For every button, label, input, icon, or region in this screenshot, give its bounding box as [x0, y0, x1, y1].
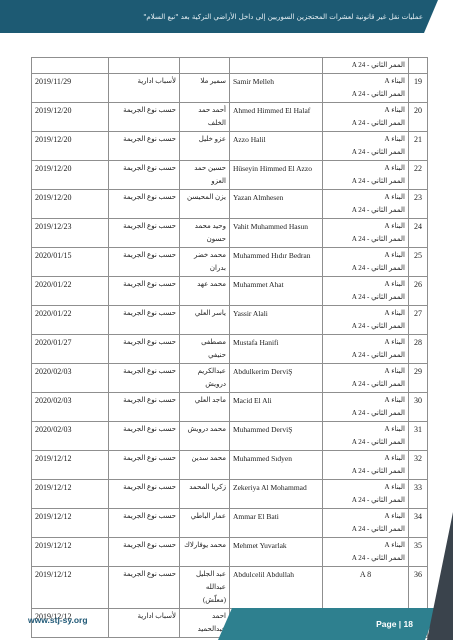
- date-cell: 2020/01/27: [32, 335, 109, 364]
- table-row: 25البناء Aالممر الثاني - A 24Muhammed Hı…: [32, 248, 428, 277]
- location-line: البناء A: [326, 220, 405, 233]
- location-line: الممر الثاني - A 24: [326, 436, 405, 449]
- location-line: البناء A: [326, 336, 405, 349]
- name-arabic-cell: وحيد محمد حسون: [180, 219, 230, 248]
- name-english-cell: Samir Melleh: [230, 74, 323, 103]
- location-line: الممر الثاني - A 24: [326, 262, 405, 275]
- name-arabic-cell: مصطفى حنيفي: [180, 335, 230, 364]
- location-line: البناء A: [326, 162, 405, 175]
- row-number-cell: 21: [409, 132, 428, 161]
- name-english-cell: [230, 58, 323, 74]
- name-english-cell: Ammar El Bati: [230, 509, 323, 538]
- location-line: الممر الثاني - A 24: [326, 233, 405, 246]
- row-number-cell: 20: [409, 103, 428, 132]
- location-line: الممر الثاني - A 24: [326, 552, 405, 565]
- table-row: 21البناء Aالممر الثاني - A 24Azzo Halilع…: [32, 132, 428, 161]
- name-english-cell: Yassir Alali: [230, 306, 323, 335]
- reason-cell: حسب نوع الجريمة: [109, 335, 180, 364]
- row-number-cell: 26: [409, 277, 428, 306]
- table-row: 28البناء Aالممر الثاني - A 24Mustafa Han…: [32, 335, 428, 364]
- location-line: الممر الثاني - A 24: [326, 465, 405, 478]
- location-line: الممر الثاني - A 24: [326, 494, 405, 507]
- report-title: عمليات نقل غير قانونية لعشرات المحتجزين …: [135, 13, 453, 21]
- location-line: الممر الثاني - A 24: [326, 88, 405, 101]
- reason-cell: حسب نوع الجريمة: [109, 509, 180, 538]
- row-number-cell: 31: [409, 422, 428, 451]
- name-arabic-cell: عبد الجليل عبدالله (معلّش): [180, 567, 230, 609]
- table-row: 22البناء Aالممر الثاني - A 24Hüseyin Him…: [32, 161, 428, 190]
- location-cell: البناء Aالممر الثاني - A 24: [323, 509, 409, 538]
- location-cell: البناء Aالممر الثاني - A 24: [323, 277, 409, 306]
- location-line: البناء A: [326, 75, 405, 88]
- name-english-cell: Mustafa Hanifi: [230, 335, 323, 364]
- reason-cell: حسب نوع الجريمة: [109, 190, 180, 219]
- table-row: 24البناء Aالممر الثاني - A 24Vahit Muham…: [32, 219, 428, 248]
- location-line: البناء A: [326, 510, 405, 523]
- name-arabic-cell: عبدالكريم درويش: [180, 364, 230, 393]
- table-row: 33البناء Aالممر الثاني - A 24Zekeriya Al…: [32, 480, 428, 509]
- name-arabic-cell: محمد درويش: [180, 422, 230, 451]
- date-cell: 2019/12/23: [32, 219, 109, 248]
- location-cell: البناء Aالممر الثاني - A 24: [323, 451, 409, 480]
- name-english-cell: Mehmet Yuvarlak: [230, 538, 323, 567]
- row-number-cell: 27: [409, 306, 428, 335]
- name-english-cell: Ahmed Himmed El Halaf: [230, 103, 323, 132]
- reason-cell: حسب نوع الجريمة: [109, 422, 180, 451]
- location-line: البناء A: [326, 104, 405, 117]
- location-line: A 8: [326, 568, 405, 581]
- location-line: البناء A: [326, 452, 405, 465]
- location-line: البناء A: [326, 394, 405, 407]
- row-number-cell: 30: [409, 393, 428, 422]
- name-english-cell: Abdulcelil Abdullah: [230, 567, 323, 609]
- location-line: البناء A: [326, 133, 405, 146]
- location-line: البناء A: [326, 539, 405, 552]
- location-line: الممر الثاني - A 24: [326, 349, 405, 362]
- location-line: الممر الثاني - A 24: [326, 59, 405, 72]
- reason-cell: حسب نوع الجريمة: [109, 248, 180, 277]
- table-row: 20البناء Aالممر الثاني - A 24Ahmed Himme…: [32, 103, 428, 132]
- name-arabic-cell: عزو خليل: [180, 132, 230, 161]
- row-number-cell: [409, 58, 428, 74]
- row-number-cell: 22: [409, 161, 428, 190]
- date-cell: 2020/02/03: [32, 422, 109, 451]
- table-row: 27البناء Aالممر الثاني - A 24Yassir Alal…: [32, 306, 428, 335]
- row-number-cell: 32: [409, 451, 428, 480]
- location-cell: البناء Aالممر الثاني - A 24: [323, 248, 409, 277]
- reason-cell: حسب نوع الجريمة: [109, 480, 180, 509]
- date-cell: 2020/01/22: [32, 277, 109, 306]
- location-line: الممر الثاني - A 24: [326, 175, 405, 188]
- name-arabic-cell: محمد عهد: [180, 277, 230, 306]
- name-arabic-cell: زكريا المحمد: [180, 480, 230, 509]
- name-english-cell: Muhammed Sıdyen: [230, 451, 323, 480]
- table-row: 30البناء Aالممر الثاني - A 24Macid El Al…: [32, 393, 428, 422]
- date-cell: 2020/02/03: [32, 364, 109, 393]
- location-cell: البناء Aالممر الثاني - A 24: [323, 103, 409, 132]
- table-row: 34البناء Aالممر الثاني - A 24Ammar El Ba…: [32, 509, 428, 538]
- name-arabic-cell: [180, 58, 230, 74]
- location-cell: البناء Aالممر الثاني - A 24: [323, 480, 409, 509]
- date-cell: 2019/12/12: [32, 538, 109, 567]
- table-row: 26البناء Aالممر الثاني - A 24Muhammet Ah…: [32, 277, 428, 306]
- reason-cell: حسب نوع الجريمة: [109, 567, 180, 609]
- location-line: البناء A: [326, 365, 405, 378]
- row-number-cell: 28: [409, 335, 428, 364]
- location-line: الممر الثاني - A 24: [326, 523, 405, 536]
- name-arabic-cell: سمير ملا: [180, 74, 230, 103]
- location-cell: البناء Aالممر الثاني - A 24: [323, 393, 409, 422]
- name-arabic-cell: محمد خضر بدران: [180, 248, 230, 277]
- reason-cell: حسب نوع الجريمة: [109, 306, 180, 335]
- row-number-cell: 19: [409, 74, 428, 103]
- name-english-cell: Abdulkerim DerviŞ: [230, 364, 323, 393]
- reason-cell: لأسباب ادارية: [109, 74, 180, 103]
- name-english-cell: Yazan Almhesen: [230, 190, 323, 219]
- reason-cell: حسب نوع الجريمة: [109, 132, 180, 161]
- table-row: 19البناء Aالممر الثاني - A 24Samir Melle…: [32, 74, 428, 103]
- name-english-cell: Muhammed Hıdır Bedran: [230, 248, 323, 277]
- location-cell: البناء Aالممر الثاني - A 24: [323, 190, 409, 219]
- reason-cell: حسب نوع الجريمة: [109, 219, 180, 248]
- location-cell: البناء Aالممر الثاني - A 24: [323, 538, 409, 567]
- name-arabic-cell: يزن المحيسن: [180, 190, 230, 219]
- reason-cell: حسب نوع الجريمة: [109, 538, 180, 567]
- location-line: البناء A: [326, 481, 405, 494]
- location-line: الممر الثاني - A 24: [326, 146, 405, 159]
- detainees-table: الممر الثاني - A 2419البناء Aالممر الثان…: [31, 57, 428, 638]
- table-row: 31البناء Aالممر الثاني - A 24Muhammed De…: [32, 422, 428, 451]
- row-number-cell: 33: [409, 480, 428, 509]
- row-number-cell: 25: [409, 248, 428, 277]
- name-arabic-cell: محمد سدين: [180, 451, 230, 480]
- reason-cell: حسب نوع الجريمة: [109, 161, 180, 190]
- table-row: 36A 8Abdulcelil Abdullahعبد الجليل عبدال…: [32, 567, 428, 609]
- row-number-cell: 35: [409, 538, 428, 567]
- date-cell: 2020/01/15: [32, 248, 109, 277]
- date-cell: [32, 58, 109, 74]
- name-arabic-cell: عمار الباطي: [180, 509, 230, 538]
- name-english-cell: Macid El Ali: [230, 393, 323, 422]
- location-line: البناء A: [326, 191, 405, 204]
- location-line: البناء A: [326, 307, 405, 320]
- location-cell: الممر الثاني - A 24: [323, 58, 409, 74]
- name-english-cell: Vahit Muhammed Hasun: [230, 219, 323, 248]
- location-line: الممر الثاني - A 24: [326, 117, 405, 130]
- location-line: الممر الثاني - A 24: [326, 407, 405, 420]
- location-line: البناء A: [326, 249, 405, 262]
- row-number-cell: 36: [409, 567, 428, 609]
- date-cell: 2019/12/20: [32, 132, 109, 161]
- location-line: الممر الثاني - A 24: [326, 204, 405, 217]
- reason-cell: حسب نوع الجريمة: [109, 393, 180, 422]
- row-number-cell: 23: [409, 190, 428, 219]
- name-arabic-cell: ياسر العلي: [180, 306, 230, 335]
- location-line: الممر الثاني - A 24: [326, 291, 405, 304]
- table-row: الممر الثاني - A 24: [32, 58, 428, 74]
- date-cell: 2019/12/12: [32, 451, 109, 480]
- table-row: 35البناء Aالممر الثاني - A 24Mehmet Yuva…: [32, 538, 428, 567]
- page-number-label: Page | 18: [376, 619, 437, 629]
- date-cell: 2019/12/20: [32, 161, 109, 190]
- name-english-cell: Muhammed DerviŞ: [230, 422, 323, 451]
- location-cell: البناء Aالممر الثاني - A 24: [323, 364, 409, 393]
- location-cell: البناء Aالممر الثاني - A 24: [323, 74, 409, 103]
- location-cell: البناء Aالممر الثاني - A 24: [323, 306, 409, 335]
- reason-cell: حسب نوع الجريمة: [109, 277, 180, 306]
- report-header-band: عمليات نقل غير قانونية لعشرات المحتجزين …: [0, 0, 453, 33]
- name-arabic-cell: ماجد العلي: [180, 393, 230, 422]
- location-cell: البناء Aالممر الثاني - A 24: [323, 132, 409, 161]
- name-english-cell: Hüseyin Himmed El Azzo: [230, 161, 323, 190]
- reason-cell: [109, 58, 180, 74]
- date-cell: 2019/12/20: [32, 103, 109, 132]
- reason-cell: لأسباب ادارية: [109, 609, 180, 638]
- row-number-cell: 24: [409, 219, 428, 248]
- location-cell: البناء Aالممر الثاني - A 24: [323, 335, 409, 364]
- table-row: 23البناء Aالممر الثاني - A 24Yazan Almhe…: [32, 190, 428, 219]
- reason-cell: حسب نوع الجريمة: [109, 451, 180, 480]
- reason-cell: حسب نوع الجريمة: [109, 364, 180, 393]
- location-line: الممر الثاني - A 24: [326, 320, 405, 333]
- date-cell: 2019/12/12: [32, 480, 109, 509]
- name-english-cell: Muhammet Ahat: [230, 277, 323, 306]
- date-cell: 2019/12/12: [32, 509, 109, 538]
- name-arabic-cell: أحمد حمد الخلف: [180, 103, 230, 132]
- location-cell: البناء Aالممر الثاني - A 24: [323, 219, 409, 248]
- name-arabic-cell: محمد يوفارلاك: [180, 538, 230, 567]
- name-english-cell: Zekeriya Al Mohammad: [230, 480, 323, 509]
- location-line: الممر الثاني - A 24: [326, 378, 405, 391]
- date-cell: 2019/12/20: [32, 190, 109, 219]
- detainees-table-body: الممر الثاني - A 2419البناء Aالممر الثان…: [32, 58, 428, 638]
- date-cell: 2020/02/03: [32, 393, 109, 422]
- table-row: 32البناء Aالممر الثاني - A 24Muhammed Sı…: [32, 451, 428, 480]
- row-number-cell: 34: [409, 509, 428, 538]
- location-cell: البناء Aالممر الثاني - A 24: [323, 422, 409, 451]
- reason-cell: حسب نوع الجريمة: [109, 103, 180, 132]
- website-url: www.stj-sy.org: [28, 615, 88, 625]
- date-cell: 2019/12/12: [32, 567, 109, 609]
- location-cell: البناء Aالممر الثاني - A 24: [323, 161, 409, 190]
- name-english-cell: Azzo Halil: [230, 132, 323, 161]
- footer-page-band: Page | 18: [218, 608, 437, 640]
- row-number-cell: 29: [409, 364, 428, 393]
- date-cell: 2020/01/22: [32, 306, 109, 335]
- table-row: 29البناء Aالممر الثاني - A 24Abdulkerim …: [32, 364, 428, 393]
- location-line: البناء A: [326, 423, 405, 436]
- name-arabic-cell: حسين حمد العزو: [180, 161, 230, 190]
- location-line: البناء A: [326, 278, 405, 291]
- location-cell: A 8: [323, 567, 409, 609]
- date-cell: 2019/11/29: [32, 74, 109, 103]
